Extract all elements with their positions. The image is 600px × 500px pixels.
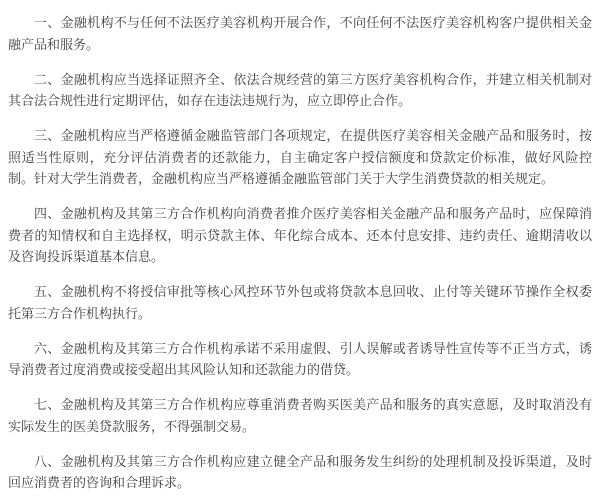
paragraph-2: 二、金融机构应当选择证照齐全、依法合规经营的第三方医疗美容机构合作，并建立相关机… — [8, 69, 592, 112]
paragraph-8: 八、金融机构及其第三方合作机构应建立健全产品和服务发生纠纷的处理机制及投诉渠道，… — [8, 451, 592, 494]
paragraph-4: 四、金融机构及其第三方合作机构向消费者推介医疗美容相关金融产品和服务产品时，应保… — [8, 203, 592, 268]
document-page: 一、金融机构不与任何不法医疗美容机构开展合作，不向任何不法医疗美容机构客户提供相… — [0, 0, 600, 500]
paragraph-6: 六、金融机构及其第三方合作机构承诺不采用虚假、引人误解或者诱导性宣传等不正当方式… — [8, 338, 592, 381]
paragraph-1: 一、金融机构不与任何不法医疗美容机构开展合作，不向任何不法医疗美容机构客户提供相… — [8, 12, 592, 55]
paragraph-5: 五、金融机构不将授信审批等核心风控环节外包或将贷款本息回收、止付等关键环节操作全… — [8, 281, 592, 324]
paragraph-3: 三、金融机构应当严格遵循金融监管部门各项规定，在提供医疗美容相关金融产品和服务时… — [8, 125, 592, 190]
article-body: 一、金融机构不与任何不法医疗美容机构开展合作，不向任何不法医疗美容机构客户提供相… — [8, 12, 592, 494]
paragraph-7: 七、金融机构及其第三方合作机构应尊重消费者购买医美产品和服务的真实意愿，及时取消… — [8, 394, 592, 437]
